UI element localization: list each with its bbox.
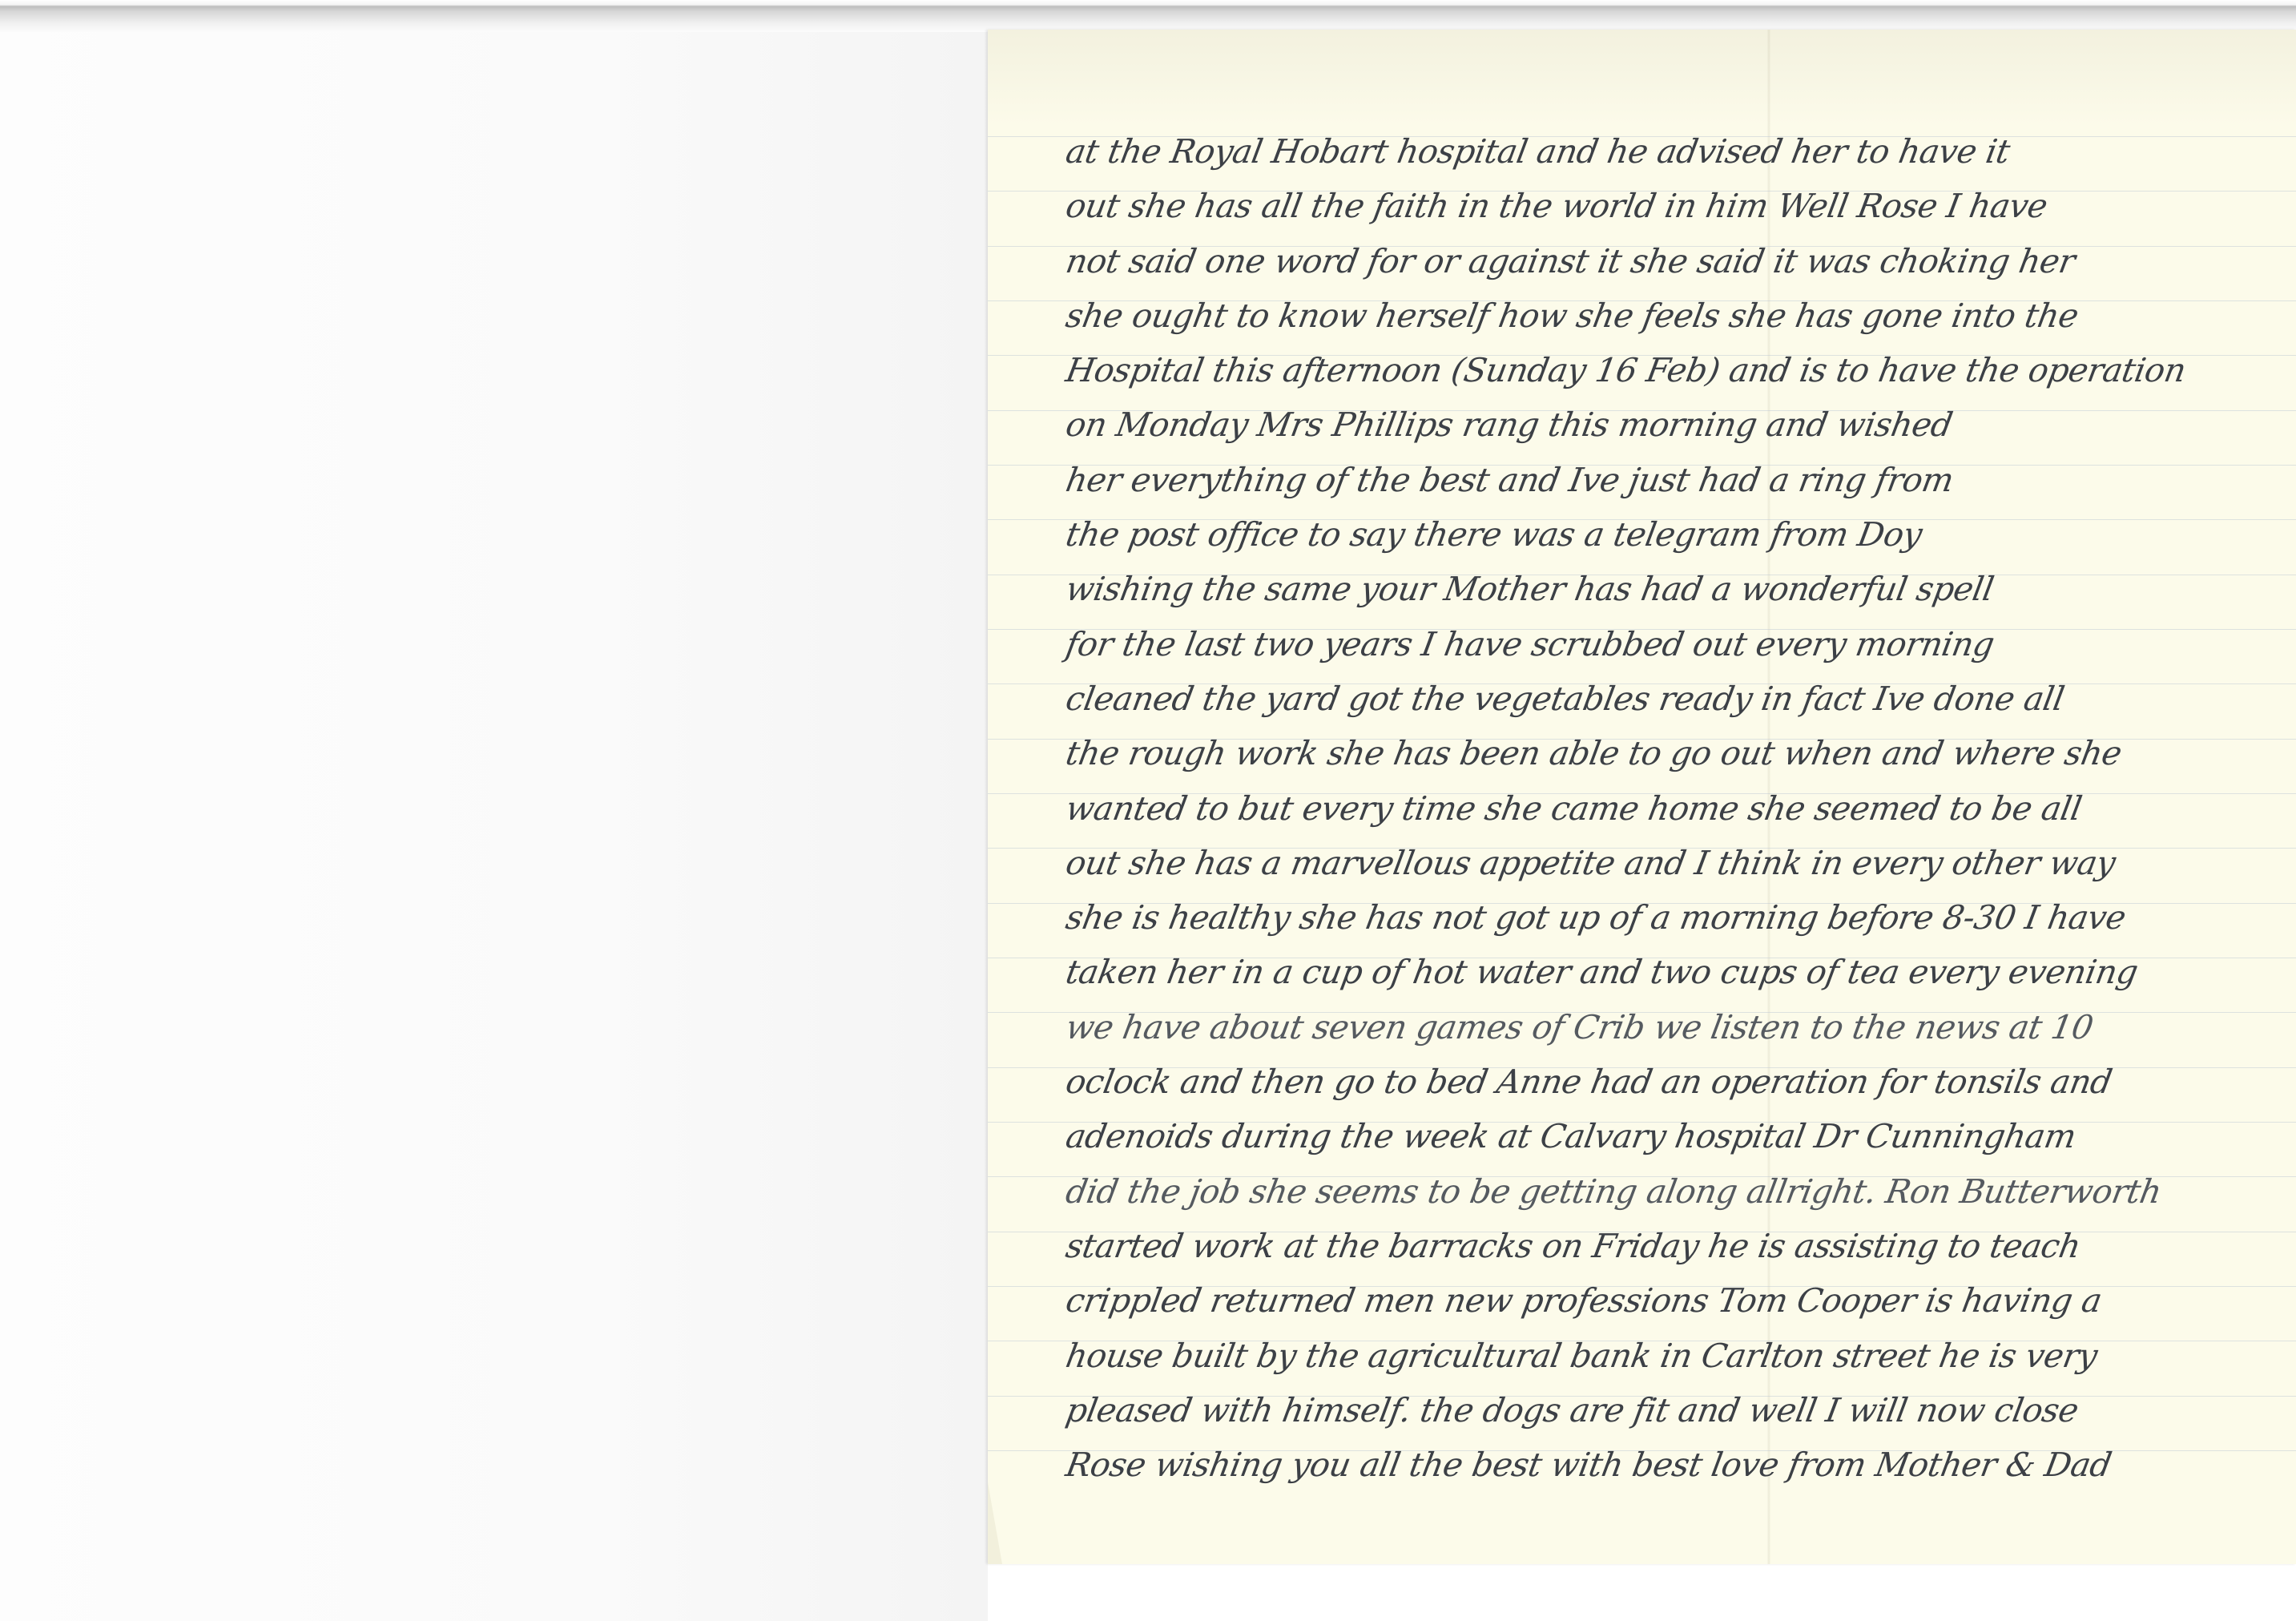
handwritten-line: wishing the same your Mother has had a w… (1061, 562, 2296, 616)
handwritten-line: the rough work she has been able to go o… (1061, 726, 2296, 780)
handwritten-line: started work at the barracks on Friday h… (1061, 1219, 2296, 1273)
handwritten-line: she is healthy she has not got up of a m… (1061, 890, 2296, 945)
handwritten-line: for the last two years I have scrubbed o… (1061, 617, 2296, 671)
handwritten-line: oclock and then go to bed Anne had an op… (1061, 1054, 2296, 1109)
handwritten-line: taken her in a cup of hot water and two … (1061, 945, 2296, 999)
handwritten-line: adenoids during the week at Calvary hosp… (1061, 1109, 2296, 1163)
handwritten-line: wanted to but every time she came home s… (1061, 781, 2296, 836)
scanner-background (0, 6, 988, 1621)
handwritten-line: the post office to say there was a teleg… (1061, 507, 2296, 562)
handwritten-line: she ought to know herself how she feels … (1061, 288, 2296, 343)
handwritten-line: we have about seven games of Crib we lis… (1061, 1000, 2296, 1054)
handwritten-line: crippled returned men new professions To… (1061, 1273, 2296, 1328)
handwritten-line: pleased with himself. the dogs are fit a… (1061, 1383, 2296, 1438)
paper-corner-fold (988, 1482, 1002, 1564)
scanner-lid-shadow (0, 0, 2296, 32)
handwritten-line: on Monday Mrs Phillips rang this morning… (1061, 397, 2296, 452)
handwritten-line: out she has all the faith in the world i… (1061, 179, 2296, 233)
handwritten-line: her everything of the best and Ive just … (1061, 453, 2296, 507)
handwritten-line: not said one word for or against it she … (1061, 234, 2296, 288)
handwritten-line: Hospital this afternoon (Sunday 16 Feb) … (1061, 343, 2296, 397)
handwritten-line: cleaned the yard got the vegetables read… (1061, 671, 2296, 726)
handwritten-line: house built by the agricultural bank in … (1061, 1329, 2296, 1383)
letter-body: at the Royal Hobart hospital and he advi… (1061, 124, 2291, 1492)
handwritten-line: out she has a marvellous appetite and I … (1061, 836, 2296, 890)
handwritten-line: did the job she seems to be getting alon… (1061, 1164, 2296, 1219)
handwritten-line: at the Royal Hobart hospital and he advi… (1061, 124, 2296, 179)
handwritten-line-signoff: Rose wishing you all the best with best … (1061, 1438, 2296, 1492)
